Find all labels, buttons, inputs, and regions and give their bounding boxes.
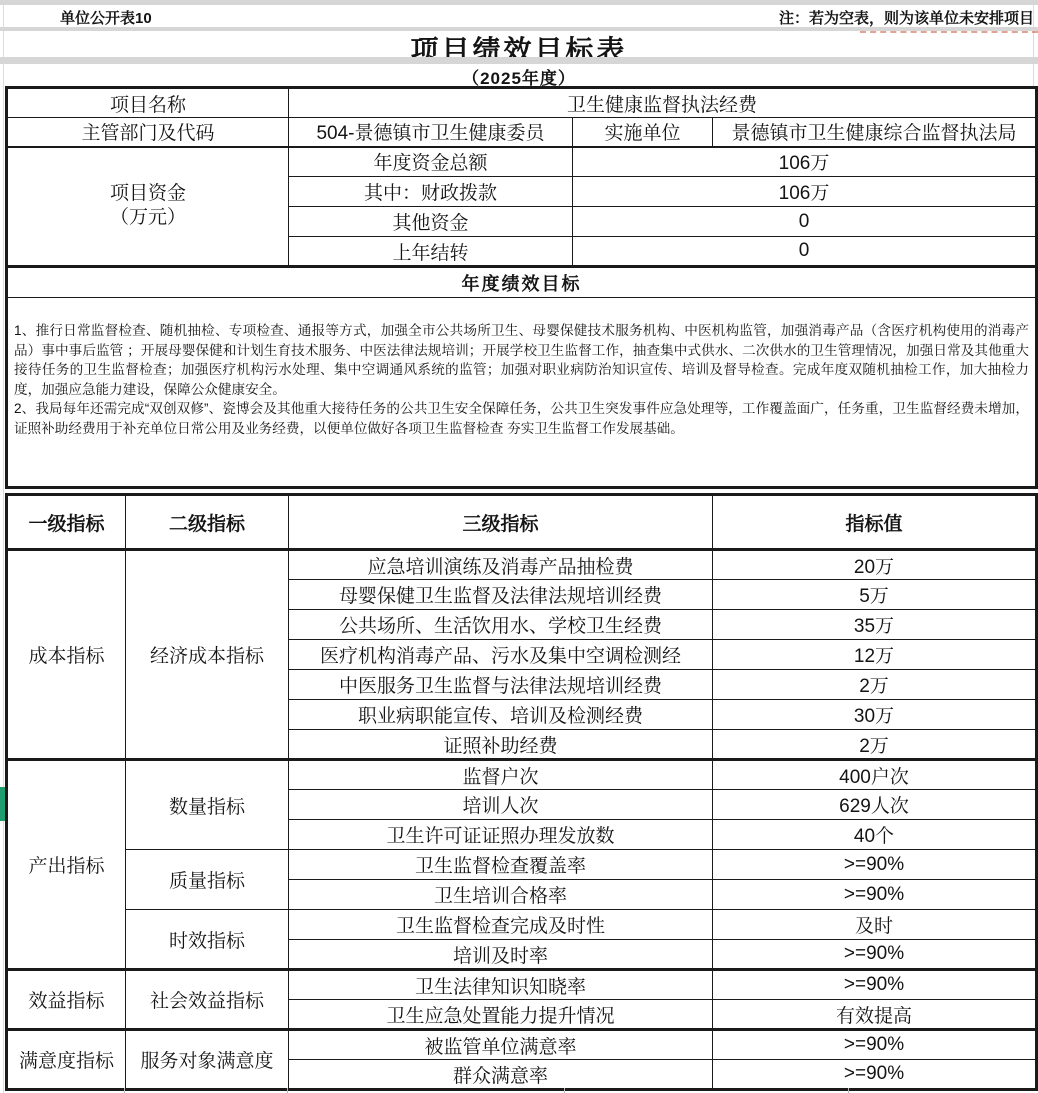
level2-indicator-cell: 服务对象满意度 [126, 1030, 289, 1090]
fund-row-label: 其他资金 [289, 207, 573, 237]
indicator-value-cell: 2万 [713, 730, 1037, 760]
level3-indicator-cell: 证照补助经费 [289, 730, 713, 760]
fund-row-value: 0 [573, 237, 1037, 267]
performance-target-sheet: 单位公开表10 注：若为空表，则为该单位未安排项目 项目绩效目标表 （2025年… [0, 0, 1038, 1093]
header-level1: 一级指标 [7, 495, 126, 550]
level3-indicator-cell: 卫生许可证证照办理发放数 [289, 820, 713, 850]
level3-indicator-cell: 应急培训演练及消毒产品抽检费 [289, 550, 713, 580]
header-level2: 二级指标 [126, 495, 289, 550]
indicator-value-cell: >=90% [713, 1030, 1037, 1060]
goal-paragraph-2: 2、我局每年还需完成“双创双修”、瓷博会及其他重大接待任务的公共卫生安全保障任务… [14, 399, 1029, 438]
level1-indicator-cell: 满意度指标 [7, 1030, 126, 1090]
level3-indicator-cell: 卫生法律知识知晓率 [289, 970, 713, 1000]
indicator-value-cell: >=90% [713, 940, 1037, 970]
level3-indicator-cell: 公共场所、生活饮用水、学校卫生经费 [289, 610, 713, 640]
level1-indicator-cell: 效益指标 [7, 970, 126, 1030]
indicator-value-cell: 5万 [713, 580, 1037, 610]
level1-indicator-cell: 成本指标 [7, 550, 126, 760]
level3-indicator-cell: 培训人次 [289, 790, 713, 820]
empty-table-note: 注：若为空表，则为该单位未安排项目 [779, 7, 1034, 28]
indicator-value-cell: >=90% [713, 850, 1037, 880]
annual-goal-header-cell: 年度绩效目标 [7, 267, 1037, 298]
annual-goal-text-cell: 1、推行日常监督检查、随机抽检、专项检查、通报等方式，加强全市公共场所卫生、母婴… [7, 298, 1037, 488]
indicator-value-cell: 35万 [713, 610, 1037, 640]
selection-marker [0, 787, 5, 821]
indicator-row: 时效指标卫生监督检查完成及时性及时 [7, 910, 1037, 940]
fund-row-label: 其中：财政拨款 [289, 177, 573, 207]
indicator-row: 满意度指标服务对象满意度被监管单位满意率>=90% [7, 1030, 1037, 1060]
header-value: 指标值 [713, 495, 1037, 550]
fund-row-value: 0 [573, 207, 1037, 237]
indicator-value-cell: 40个 [713, 820, 1037, 850]
level2-indicator-cell: 质量指标 [126, 850, 289, 910]
indicator-body: 成本指标经济成本指标应急培训演练及消毒产品抽检费20万母婴保健卫生监督及法律法规… [7, 550, 1037, 1090]
project-name-value-cell: 卫生健康监督执法经费 [289, 88, 1037, 118]
level2-indicator-cell: 经济成本指标 [126, 550, 289, 760]
level3-indicator-cell: 卫生培训合格率 [289, 880, 713, 910]
level3-indicator-cell: 被监管单位满意率 [289, 1030, 713, 1060]
level3-indicator-cell: 卫生应急处置能力提升情况 [289, 1000, 713, 1030]
level3-indicator-cell: 母婴保健卫生监督及法律法规培训经费 [289, 580, 713, 610]
indicator-value-cell: 20万 [713, 550, 1037, 580]
dept-value-cell: 504-景德镇市卫生健康委员 [289, 118, 573, 147]
level1-indicator-cell: 产出指标 [7, 760, 126, 970]
level3-indicator-cell: 卫生监督检查完成及时性 [289, 910, 713, 940]
level2-indicator-cell: 社会效益指标 [126, 970, 289, 1030]
fund-row-label: 年度资金总额 [289, 147, 573, 177]
indicator-value-cell: 629人次 [713, 790, 1037, 820]
table-row: 主管部门及代码 504-景德镇市卫生健康委员 实施单位 景德镇市卫生健康综合监督… [7, 118, 1037, 147]
grey-band-under-title [0, 57, 1038, 64]
left-gridline [3, 0, 4, 1093]
indicator-row: 产出指标数量指标监督户次400户次 [7, 760, 1037, 790]
indicator-value-cell: 30万 [713, 700, 1037, 730]
level3-indicator-cell: 监督户次 [289, 760, 713, 790]
indicator-row: 效益指标社会效益指标卫生法律知识知晓率>=90% [7, 970, 1037, 1000]
table-row: 项目资金 （万元） 年度资金总额 106万 [7, 147, 1037, 177]
indicator-value-cell: 12万 [713, 640, 1037, 670]
indicator-value-cell: 400户次 [713, 760, 1037, 790]
top-label-row: 单位公开表10 注：若为空表，则为该单位未安排项目 [0, 5, 1038, 27]
project-name-label-cell: 项目名称 [7, 88, 289, 118]
indicator-value-cell: >=90% [713, 970, 1037, 1000]
fund-label-cell: 项目资金 （万元） [7, 147, 289, 267]
level3-indicator-cell: 医疗机构消毒产品、污水及集中空调检测经 [289, 640, 713, 670]
goal-paragraph-1: 1、推行日常监督检查、随机抽检、专项检查、通报等方式，加强全市公共场所卫生、母婴… [14, 321, 1029, 399]
indicator-value-cell: >=90% [713, 1060, 1037, 1090]
level3-indicator-cell: 中医服务卫生监督与法律法规培训经费 [289, 670, 713, 700]
impl-unit-value-cell: 景德镇市卫生健康综合监督执法局 [713, 118, 1037, 147]
level2-indicator-cell: 数量指标 [126, 760, 289, 850]
indicator-value-cell: 及时 [713, 910, 1037, 940]
indicator-value-cell: 2万 [713, 670, 1037, 700]
fund-row-label: 上年结转 [289, 237, 573, 267]
impl-unit-label-cell: 实施单位 [573, 118, 713, 147]
fund-label-line2: （万元） [8, 206, 288, 230]
table-row: 年度绩效目标 [7, 267, 1037, 298]
level2-indicator-cell: 时效指标 [126, 910, 289, 970]
sheet-number-label: 单位公开表10 [60, 7, 152, 28]
indicator-row: 成本指标经济成本指标应急培训演练及消毒产品抽检费20万 [7, 550, 1037, 580]
indicator-value-cell: 有效提高 [713, 1000, 1037, 1030]
fund-row-value: 106万 [573, 177, 1037, 207]
level3-indicator-cell: 卫生监督检查覆盖率 [289, 850, 713, 880]
indicator-row: 质量指标卫生监督检查覆盖率>=90% [7, 850, 1037, 880]
fund-label-line1: 项目资金 [8, 182, 288, 206]
level3-indicator-cell: 培训及时率 [289, 940, 713, 970]
level3-indicator-cell: 群众满意率 [289, 1060, 713, 1090]
level3-indicator-cell: 职业病职能宣传、培训及检测经费 [289, 700, 713, 730]
indicator-table: 一级指标 二级指标 三级指标 指标值 成本指标经济成本指标应急培训演练及消毒产品… [5, 493, 1038, 1091]
project-info-table: 项目名称 卫生健康监督执法经费 主管部门及代码 504-景德镇市卫生健康委员 实… [5, 86, 1038, 489]
table-row: 1、推行日常监督检查、随机抽检、专项检查、通报等方式，加强全市公共场所卫生、母婴… [7, 298, 1037, 488]
dept-label-cell: 主管部门及代码 [7, 118, 289, 147]
fund-row-value: 106万 [573, 147, 1037, 177]
header-level3: 三级指标 [289, 495, 713, 550]
indicator-header-row: 一级指标 二级指标 三级指标 指标值 [7, 495, 1037, 550]
indicator-value-cell: >=90% [713, 880, 1037, 910]
table-row: 项目名称 卫生健康监督执法经费 [7, 88, 1037, 118]
